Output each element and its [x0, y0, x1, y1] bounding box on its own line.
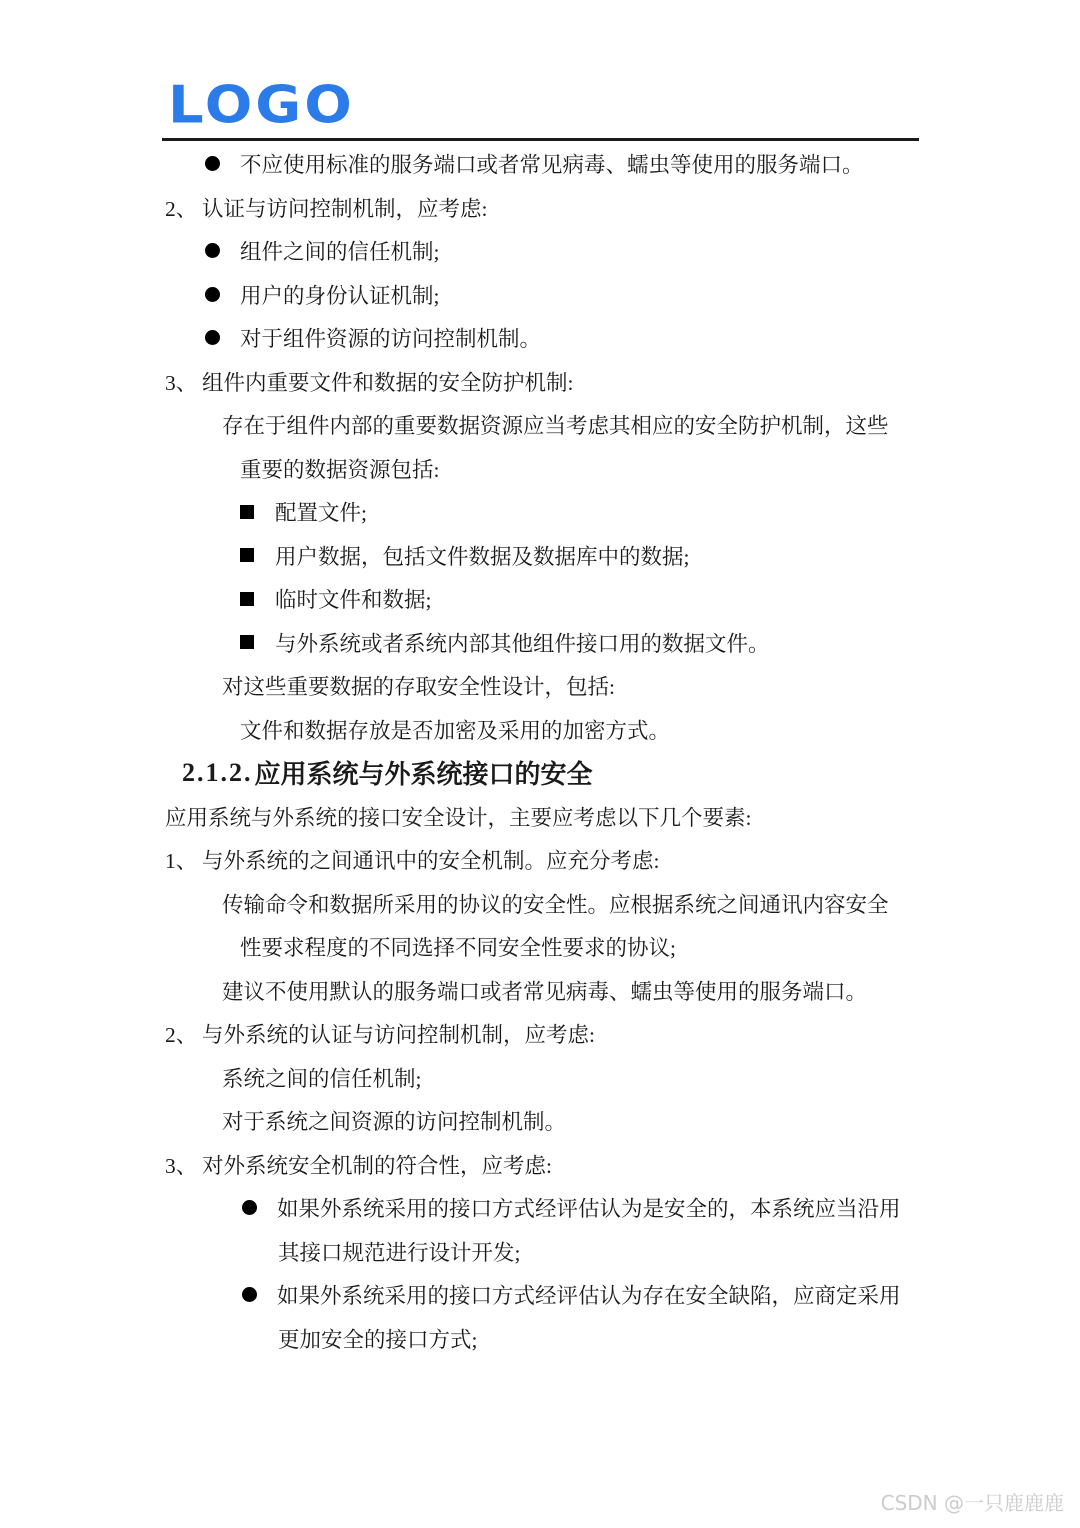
paragraph-line: 存在于组件内部的重要数据资源应当考虑其相应的安全防护机制，这些	[165, 403, 955, 447]
bullet-dot-icon	[242, 1200, 257, 1215]
square-bullet-item: 与外系统或者系统内部其他组件接口用的数据文件。	[165, 621, 955, 665]
document-body: 不应使用标准的服务端口或者常见病毒、蠕虫等使用的服务端口。2、认证与访问控制机制…	[165, 142, 955, 1360]
bullet-square-icon	[240, 505, 254, 519]
line-text: 重要的数据资源包括:	[240, 453, 439, 484]
bullet-dot-icon	[242, 1287, 257, 1302]
line-text: 与外系统的之间通讯中的安全机制。应充分考虑:	[202, 844, 659, 875]
paragraph-line: 对这些重要数据的存取安全性设计，包括:	[165, 664, 955, 708]
line-text: 传输命令和数据所采用的协议的安全性。应根据系统之间通讯内容安全	[222, 888, 889, 919]
line-text: 文件和数据存放是否加密及采用的加密方式。	[240, 714, 670, 745]
numbered-item: 2、与外系统的认证与访问控制机制，应考虑:	[165, 1012, 955, 1056]
paragraph-line: 其接口规范进行设计开发;	[165, 1230, 955, 1274]
bullet-square-icon	[240, 635, 254, 649]
watermark-text: CSDN @一只鹿鹿鹿	[881, 1487, 1064, 1516]
line-text: 用户的身份认证机制;	[240, 279, 439, 310]
logo-text: LOGO	[168, 80, 355, 132]
numbered-item: 1、与外系统的之间通讯中的安全机制。应充分考虑:	[165, 838, 955, 882]
bullet-item: 如果外系统采用的接口方式经评估认为是安全的，本系统应当沿用	[165, 1186, 955, 1230]
paragraph-line: 系统之间的信任机制;	[165, 1056, 955, 1100]
line-text: 配置文件;	[275, 496, 367, 527]
paragraph-line: 对于系统之间资源的访问控制机制。	[165, 1099, 955, 1143]
line-text: 认证与访问控制机制，应考虑:	[202, 192, 487, 223]
list-number: 2、	[165, 1018, 202, 1049]
bullet-item: 用户的身份认证机制;	[165, 273, 955, 317]
header-divider	[162, 138, 919, 141]
line-text: 应用系统与外系统的接口安全设计，主要应考虑以下几个要素:	[165, 801, 751, 832]
bullet-dot-icon	[205, 243, 220, 258]
list-number: 2、	[165, 192, 202, 223]
line-text: 其接口规范进行设计开发;	[278, 1236, 520, 1267]
paragraph-line: 传输命令和数据所采用的协议的安全性。应根据系统之间通讯内容安全	[165, 882, 955, 926]
paragraph-line: 应用系统与外系统的接口安全设计，主要应考虑以下几个要素:	[165, 795, 955, 839]
numbered-item: 3、对外系统安全机制的符合性，应考虑:	[165, 1143, 955, 1187]
bullet-item: 对于组件资源的访问控制机制。	[165, 316, 955, 360]
square-bullet-item: 用户数据，包括文件数据及数据库中的数据;	[165, 534, 955, 578]
bullet-item: 如果外系统采用的接口方式经评估认为存在安全缺陷，应商定采用	[165, 1273, 955, 1317]
numbered-item: 3、组件内重要文件和数据的安全防护机制:	[165, 360, 955, 404]
line-text: 组件内重要文件和数据的安全防护机制:	[202, 366, 573, 397]
document-page: LOGO 不应使用标准的服务端口或者常见病毒、蠕虫等使用的服务端口。2、认证与访…	[0, 0, 1080, 1528]
list-number: 3、	[165, 1149, 202, 1180]
line-text: 不应使用标准的服务端口或者常见病毒、蠕虫等使用的服务端口。	[240, 148, 864, 179]
bullet-item: 不应使用标准的服务端口或者常见病毒、蠕虫等使用的服务端口。	[165, 142, 955, 186]
paragraph-line: 性要求程度的不同选择不同安全性要求的协议;	[165, 925, 955, 969]
line-text: 系统之间的信任机制;	[222, 1062, 421, 1093]
line-text: 更加安全的接口方式;	[278, 1323, 477, 1354]
bullet-item: 组件之间的信任机制;	[165, 229, 955, 273]
numbered-item: 2、认证与访问控制机制，应考虑:	[165, 186, 955, 230]
line-text: 对外系统安全机制的符合性，应考虑:	[202, 1149, 552, 1180]
paragraph-line: 建议不使用默认的服务端口或者常见病毒、蠕虫等使用的服务端口。	[165, 969, 955, 1013]
line-text: 用户数据，包括文件数据及数据库中的数据;	[275, 540, 689, 571]
heading-title: 应用系统与外系统接口的安全	[255, 754, 593, 791]
line-text: 对这些重要数据的存取安全性设计，包括:	[222, 670, 615, 701]
line-text: 如果外系统采用的接口方式经评估认为是安全的，本系统应当沿用	[277, 1192, 901, 1223]
heading-number: 2.1.2.	[182, 758, 253, 788]
paragraph-line: 更加安全的接口方式;	[165, 1317, 955, 1361]
line-text: 对于组件资源的访问控制机制。	[240, 322, 541, 353]
section-heading: 2.1.2.应用系统与外系统接口的安全	[165, 751, 955, 795]
bullet-square-icon	[240, 592, 254, 606]
list-number: 1、	[165, 844, 202, 875]
square-bullet-item: 临时文件和数据;	[165, 577, 955, 621]
line-text: 存在于组件内部的重要数据资源应当考虑其相应的安全防护机制，这些	[222, 409, 889, 440]
line-text: 与外系统或者系统内部其他组件接口用的数据文件。	[275, 627, 770, 658]
line-text: 组件之间的信任机制;	[240, 235, 439, 266]
list-number: 3、	[165, 366, 202, 397]
line-text: 如果外系统采用的接口方式经评估认为存在安全缺陷，应商定采用	[277, 1279, 901, 1310]
square-bullet-item: 配置文件;	[165, 490, 955, 534]
bullet-square-icon	[240, 548, 254, 562]
line-text: 性要求程度的不同选择不同安全性要求的协议;	[240, 931, 676, 962]
bullet-dot-icon	[205, 287, 220, 302]
line-text: 对于系统之间资源的访问控制机制。	[222, 1105, 566, 1136]
paragraph-line: 重要的数据资源包括:	[165, 447, 955, 491]
line-text: 临时文件和数据;	[275, 583, 431, 614]
bullet-dot-icon	[205, 330, 220, 345]
line-text: 建议不使用默认的服务端口或者常见病毒、蠕虫等使用的服务端口。	[222, 975, 867, 1006]
bullet-dot-icon	[205, 156, 220, 171]
line-text: 与外系统的认证与访问控制机制，应考虑:	[202, 1018, 595, 1049]
paragraph-line: 文件和数据存放是否加密及采用的加密方式。	[165, 708, 955, 752]
